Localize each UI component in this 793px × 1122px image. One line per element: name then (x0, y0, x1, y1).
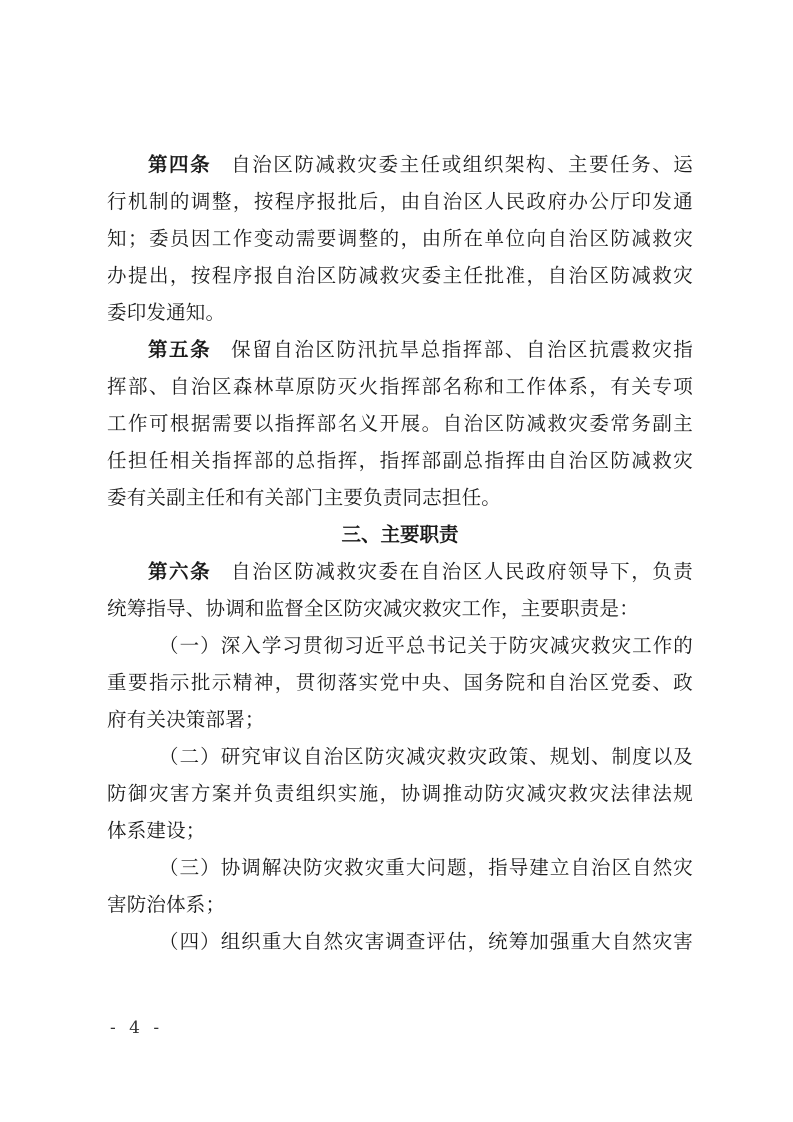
duty-2-line-2: 防御灾害方案并负责组织实施，协调推动防灾减灾救灾法律法规 (107, 775, 693, 812)
article-5: 第五条保留自治区防汛抗旱总指挥部、自治区抗震救灾指 挥部、自治区森林草原防灭火指… (107, 331, 693, 516)
duty-4-line-1: （四）组织重大自然灾害调查评估，统筹加强重大自然灾害 (107, 923, 693, 960)
duty-2-line-1: （二）研究审议自治区防灾减灾救灾政策、规划、制度以及 (107, 738, 693, 775)
duty-3-line-2: 害防治体系； (107, 886, 693, 923)
article-4-label: 第四条 (148, 153, 211, 176)
article-4-line-5: 委印发通知。 (107, 294, 693, 331)
duty-1-line-2: 重要指示批示精神，贯彻落实党中央、国务院和自治区党委、政 (107, 664, 693, 701)
article-5-line-3: 工作可根据需要以指挥部名义开展。自治区防减救灾委常务副主 (107, 405, 693, 442)
article-5-label: 第五条 (148, 338, 211, 361)
duty-1-line-3: 府有关决策部署； (107, 701, 693, 738)
duty-2-line-3: 体系建设； (107, 812, 693, 849)
duty-3-line-1: （三）协调解决防灾救灾重大问题，指导建立自治区自然灾 (107, 849, 693, 886)
article-4-line-4: 办提出，按程序报自治区防减救灾委主任批准，自治区防减救灾 (107, 257, 693, 294)
article-6-line-2: 统筹指导、协调和监督全区防灾减灾救灾工作，主要职责是： (107, 590, 693, 627)
article-6-label: 第六条 (148, 560, 211, 583)
article-4: 第四条自治区防减救灾委主任或组织架构、主要任务、运 行机制的调整，按程序报批后，… (107, 146, 693, 331)
article-5-line-1: 第五条保留自治区防汛抗旱总指挥部、自治区抗震救灾指 (107, 331, 693, 368)
article-5-line-4: 任担任相关指挥部的总指挥，指挥部副总指挥由自治区防减救灾 (107, 442, 693, 479)
article-6-line-1: 第六条自治区防减救灾委在自治区人民政府领导下，负责 (107, 553, 693, 590)
duty-item-2: （二）研究审议自治区防灾减灾救灾政策、规划、制度以及 防御灾害方案并负责组织实施… (107, 738, 693, 849)
duty-item-4: （四）组织重大自然灾害调查评估，统筹加强重大自然灾害 (107, 923, 693, 960)
duty-1-line-1: （一）深入学习贯彻习近平总书记关于防灾减灾救灾工作的 (107, 627, 693, 664)
duty-item-1: （一）深入学习贯彻习近平总书记关于防灾减灾救灾工作的 重要指示批示精神，贯彻落实… (107, 627, 693, 738)
page-number: - 4 - (110, 1018, 163, 1038)
section-heading-main-duties: 三、主要职责 (107, 516, 693, 553)
document-page: 第四条自治区防减救灾委主任或组织架构、主要任务、运 行机制的调整，按程序报批后，… (107, 146, 693, 960)
article-6: 第六条自治区防减救灾委在自治区人民政府领导下，负责 统筹指导、协调和监督全区防灾… (107, 553, 693, 627)
article-4-line-2: 行机制的调整，按程序报批后，由自治区人民政府办公厅印发通 (107, 183, 693, 220)
article-5-line-2: 挥部、自治区森林草原防灭火指挥部名称和工作体系，有关专项 (107, 368, 693, 405)
article-4-line-1: 第四条自治区防减救灾委主任或组织架构、主要任务、运 (107, 146, 693, 183)
duty-item-3: （三）协调解决防灾救灾重大问题，指导建立自治区自然灾 害防治体系； (107, 849, 693, 923)
article-5-line-5: 委有关副主任和有关部门主要负责同志担任。 (107, 479, 693, 516)
article-4-line-3: 知；委员因工作变动需要调整的，由所在单位向自治区防减救灾 (107, 220, 693, 257)
